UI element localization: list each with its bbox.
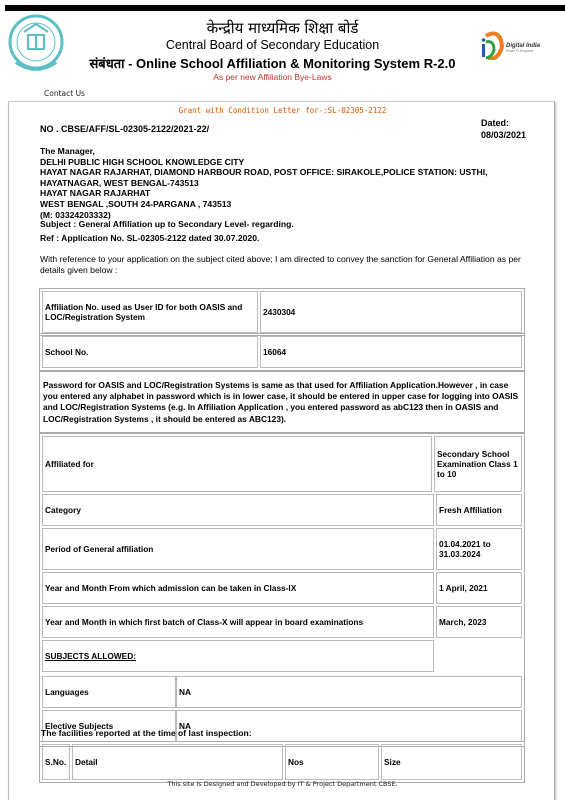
password-note-text: Password for OASIS and LOC/Registration … [43,380,521,425]
table-row: Year and Month in which first batch of C… [42,606,522,638]
digital-india-logo-icon: Digital India Power To Empower [478,30,558,60]
affiliation-table: Affiliation No. used as User ID for both… [39,288,525,336]
table-header-row: S.No. Detail Nos Size [42,744,522,780]
table-row: Affiliated for Secondary School Examinat… [42,436,522,492]
address-line: WEST BENGAL ,SOUTH 24-PARGANA , 743513 [40,199,488,210]
letter-heading: Grant with Condition Letter for-:SL-0230… [0,106,565,115]
detail-label: Year and Month in which first batch of C… [42,606,434,638]
recipient-address: The Manager, DELHI PUBLIC HIGH SCHOOL KN… [40,146,488,220]
address-line: HAYATNAGAR, WEST BENGAL-743513 [40,178,488,189]
facilities-title: The facilities reported at the time of l… [41,728,252,738]
address-line: DELHI PUBLIC HIGH SCHOOL KNOWLEDGE CITY [40,157,488,168]
table-row: School No. 16064 [42,336,522,368]
column-header-sno: S.No. [42,744,70,780]
detail-label: Category [42,494,434,526]
byelaws-subtitle: As per new Affiliation Bye-Laws [0,72,555,82]
detail-label: Affiliated for [42,436,432,492]
affiliation-details-table: Affiliated for Secondary School Examinat… [39,433,525,747]
affiliation-label: Affiliation No. used as User ID for both… [42,291,258,333]
svg-text:Power To Empower: Power To Empower [506,49,535,53]
board-english-title: Central Board of Secondary Education [0,38,555,52]
table-row: Languages NA [42,676,522,708]
dated-label: Dated: [481,117,526,129]
detail-label: Period of General affiliation [42,528,434,570]
table-row: Period of General affiliation 01.04.2021… [42,528,522,570]
school-label: School No. [42,336,258,368]
detail-value: Secondary School Examination Class 1 to … [434,436,522,492]
detail-label: Year and Month From which admission can … [42,572,434,604]
school-value: 16064 [260,336,522,368]
system-title: संबंधता - Online School Affiliation & Mo… [0,54,555,72]
top-bar [5,5,565,11]
letter-intro: With reference to your application on th… [40,254,540,276]
letter-date: Dated: 08/03/2021 [481,117,526,141]
table-row: Affiliation No. used as User ID for both… [42,291,522,333]
contact-us-link[interactable]: Contact Us [44,89,85,98]
column-header-detail: Detail [72,744,283,780]
letter-number: NO . CBSE/AFF/SL-02305-2122/2021-22/ [40,124,209,134]
dated-value: 08/03/2021 [481,129,526,141]
address-line: The Manager, [40,146,488,157]
affiliation-value: 2430304 [260,291,522,333]
subject-value: NA [176,676,522,708]
column-header-nos: Nos [285,744,379,780]
subject-label: Languages [42,676,176,708]
footer-credit: This site is Designed and Developed by I… [0,780,565,788]
facilities-table: S.No. Detail Nos Size [39,741,525,783]
table-row: Category Fresh Affiliation [42,494,522,526]
detail-value: 1 April, 2021 [436,572,522,604]
address-line: HAYAT NAGAR RAJARHAT, DIAMOND HARBOUR RO… [40,167,488,178]
school-table: School No. 16064 [39,333,525,371]
subjects-heading: SUBJECTS ALLOWED: [42,640,434,672]
detail-value: Fresh Affiliation [436,494,522,526]
column-header-size: Size [381,744,522,780]
letter-subject: Subject : General Affiliation up to Seco… [40,219,294,229]
address-line: HAYAT NAGAR RAJARHAT [40,188,488,199]
detail-value: March, 2023 [436,606,522,638]
password-note: Password for OASIS and LOC/Registration … [39,371,525,433]
system-title-text: - Online School Affiliation & Monitoring… [124,56,455,71]
letter-reference: Ref : Application No. SL-02305-2122 date… [40,233,259,243]
table-row: SUBJECTS ALLOWED: [42,640,522,672]
table-row: Year and Month From which admission can … [42,572,522,604]
system-hindi-label: संबंधता [89,57,124,72]
detail-value: 01.04.2021 to 31.03.2024 [436,528,522,570]
